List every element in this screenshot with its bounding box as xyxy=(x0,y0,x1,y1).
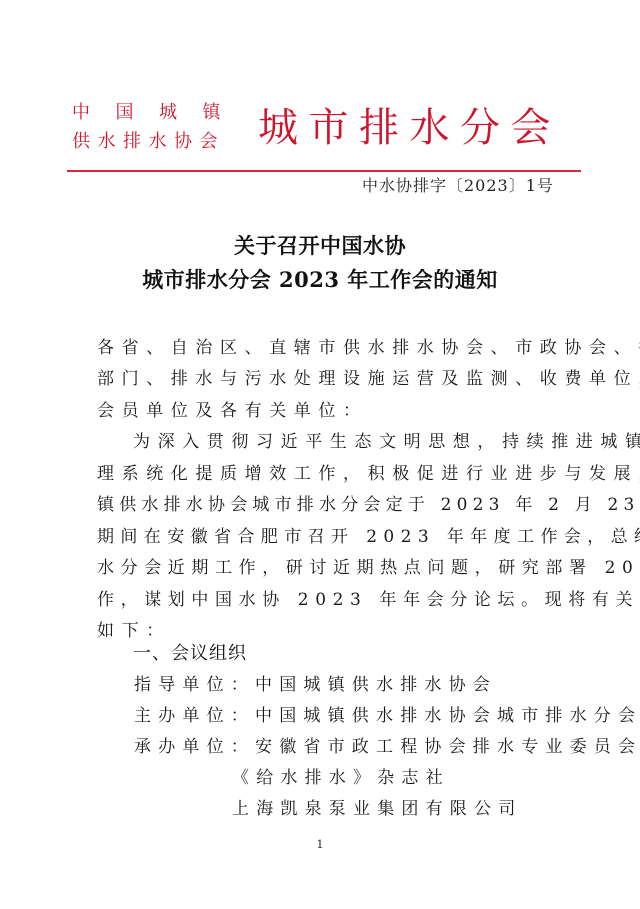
paragraph-line: 镇供水排水协会城市排水分会定于 2023 年 2 月 23 日-26 日 xyxy=(97,495,640,515)
organizer-unit-cont: 《给水排水》杂志社 xyxy=(232,768,450,788)
letterhead-org-line-1: 中国城镇 xyxy=(72,103,246,123)
paragraph-line: 作，谋划中国水协 2023 年年会分论坛。现将有关事项通知 xyxy=(97,590,640,610)
guiding-unit: 指导单位：中国城镇供水排水协会 xyxy=(134,675,497,695)
letterhead-branch-title: 城市排水分会 xyxy=(258,104,561,152)
paragraph-line: 水分会近期工作，研讨近期热点问题，研究部署 2023 年工 xyxy=(97,558,640,578)
organizer-unit: 承办单位：安徽省市政工程协会排水专业委员会 xyxy=(134,737,640,757)
recipients-line: 部门、排水与污水处理设施运营及监测、收费单位，设计院、 xyxy=(97,369,640,389)
letterhead-org-line-2: 供水排水协会 xyxy=(72,132,225,152)
notice-title-line-1: 关于召开中国水协 xyxy=(0,233,640,259)
document-number: 中水协排字〔2023〕1号 xyxy=(362,176,554,196)
recipients-line: 会员单位及各有关单位： xyxy=(97,401,368,421)
recipients-line: 各省、自治区、直辖市供水排水协会、市政协会、行业主管 xyxy=(97,338,640,358)
paragraph-line: 理系统化提质增效工作，积极促进行业进步与发展，中国城 xyxy=(97,464,640,484)
paragraph-line: 为深入贯彻习近平生态文明思想，持续推进城镇污水处 xyxy=(133,432,640,452)
page-number: 1 xyxy=(314,838,326,852)
section-heading: 一、会议组织 xyxy=(133,643,247,665)
paragraph-line: 期间在安徽省合肥市召开 2023 年年度工作会，总结城市排 xyxy=(97,527,640,547)
organizer-unit-cont: 上海凯泉泵业集团有限公司 xyxy=(232,799,522,819)
host-unit: 主办单位：中国城镇供水排水协会城市排水分会 xyxy=(134,706,640,726)
notice-title-line-2: 城市排水分会 2023 年工作会的通知 xyxy=(0,267,640,293)
paragraph-line: 如下： xyxy=(97,621,171,641)
letterhead-red-rule xyxy=(67,170,581,172)
